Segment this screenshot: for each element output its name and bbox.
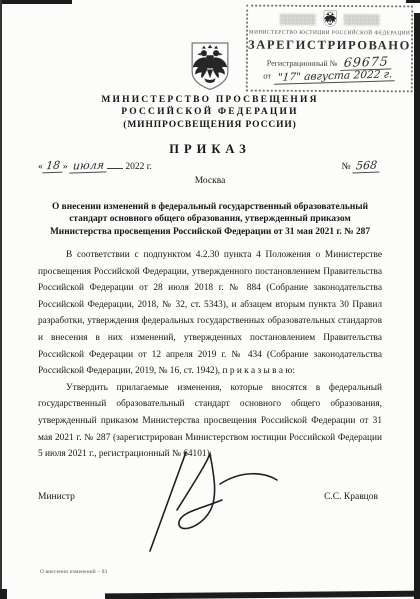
order-title-line1: О внесении изменений в федеральный госуд…	[30, 201, 390, 213]
ministry-short-name: (МИНПРОСВЕЩЕНИЯ РОССИИ)	[0, 120, 420, 130]
order-body: В соответствии с подпунктом 4.2.30 пункт…	[38, 247, 382, 463]
date-day: 18	[42, 159, 63, 174]
ministry-name-line1: МИНИСТЕРСТВО ПРОСВЕЩЕНИЯ	[0, 94, 420, 106]
date-number-row: «18» июля 2022 г. № 568	[38, 159, 380, 173]
scan-edge-bottom-left	[0, 589, 7, 599]
document-page: МИНИСТЕРСТВО ЮСТИЦИИ РОССИЙСКОЙ ФЕДЕРАЦИ…	[0, 0, 420, 599]
document-type-heading: ПРИКАЗ	[0, 142, 420, 157]
date-blank-line	[107, 159, 123, 169]
number-value: 568	[352, 159, 380, 174]
order-title-line2: стандарт основного общего образования, у…	[30, 213, 390, 225]
scan-edge-top-left	[0, 0, 72, 4]
stamp-justice-ministry-line: МИНИСТЕРСТВО ЮСТИЦИИ РОССИЙСКОЙ ФЕДЕРАЦИ…	[248, 30, 411, 37]
signature-scribble	[122, 450, 287, 555]
ministry-name-line2: РОССИЙСКОЙ ФЕДЕРАЦИИ	[0, 106, 420, 118]
stamp-eagle-icon	[322, 10, 338, 28]
order-title: О внесении изменений в федеральный госуд…	[30, 201, 390, 238]
date-year: 2022 г.	[125, 162, 152, 172]
stamp-registered-label: ЗАРЕГИСТРИРОВАНО	[248, 38, 411, 54]
minister-position-label: Министр	[38, 492, 75, 502]
scan-edge-left	[0, 0, 2, 599]
document-number: № 568	[342, 159, 380, 173]
number-label: №	[342, 162, 351, 172]
city-name: Москва	[0, 176, 420, 186]
date-quote-close: »	[63, 162, 68, 172]
scan-edge-top-right	[406, 0, 420, 3]
footer-note: О внесении изменений – 03	[40, 569, 107, 575]
stamp-smudge-right	[344, 14, 380, 25]
stamp-reg-number-label: Регистрационный №	[267, 59, 338, 68]
body-paragraph-1: В соответствии с подпунктом 4.2.30 пункт…	[38, 247, 382, 380]
minister-name: С.С. Кравцов	[324, 492, 378, 502]
date-month: июля	[69, 158, 107, 173]
scan-edge-bottom	[105, 591, 420, 599]
stamp-date-prefix: от	[263, 71, 271, 81]
registration-stamp: МИНИСТЕРСТВО ЮСТИЦИИ РОССИЙСКОЙ ФЕДЕРАЦИ…	[246, 5, 413, 93]
coat-of-arms-icon	[187, 41, 233, 92]
stamp-date-value: "17" августа 2022 г.	[274, 68, 396, 85]
document-date: «18» июля 2022 г.	[38, 159, 152, 173]
order-title-line3: Министерства просвещения Российской Феде…	[30, 226, 390, 238]
stamp-smudge-left	[280, 13, 316, 24]
